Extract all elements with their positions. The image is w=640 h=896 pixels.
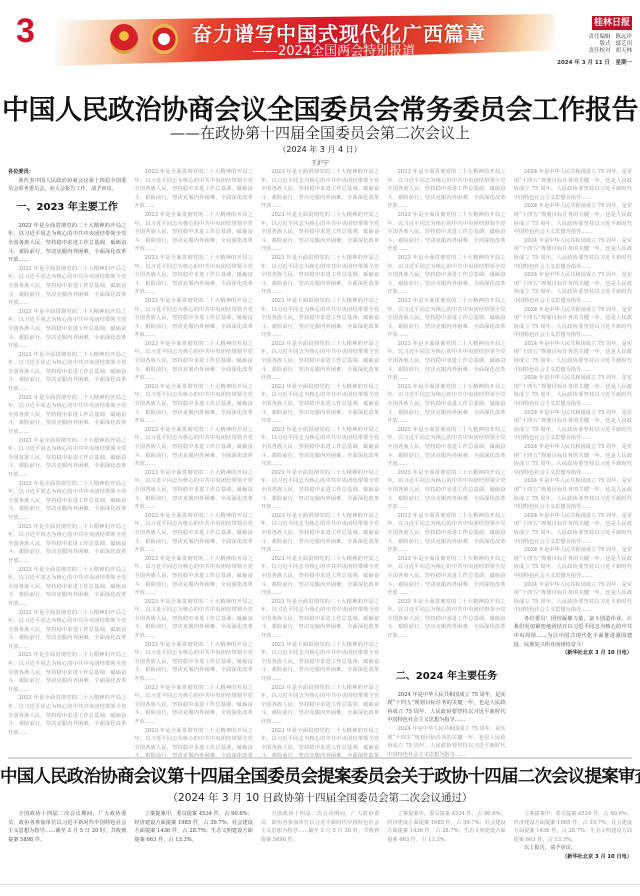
second-article-title: 中国人民政治协商会议第十四届全国委员会提案委员会关于政协十四届二次会议提案审查情…: [0, 763, 640, 788]
page-number: 3: [16, 14, 35, 48]
body-text: 全国政协十四届二次会议期间，广大政协委员、政协各参加单位以习近平新时代中国特色社…: [261, 810, 379, 844]
national-emblem-icon: [110, 24, 138, 54]
second-article-subtitle: （2024 年 3 月 10 日政协第十四届全国委员会第二次会议通过）: [0, 790, 640, 805]
body-text: 2023 年是全面贯彻党的二十大精神的开局之年。以习近平同志为核心的中共中央团结…: [387, 340, 505, 383]
column-2: 2023 年是全面贯彻党的二十大精神的开局之年。以习近平同志为核心的中共中央团结…: [134, 168, 252, 758]
body-text: 2024 年是中华人民共和国成立 75 周年，是实现“十四五”规划目标任务的关键…: [514, 306, 632, 340]
column-4: 2023 年是全面贯彻党的二十大精神的开局之年。以习近平同志为核心的中共中央团结…: [387, 168, 505, 758]
article-body: 各位委员： 我代表中国人民政治协商会议第十四届全国委员会常务委员会，向大会报告工…: [8, 168, 632, 758]
body-text: 2023 年是全面贯彻党的二十大精神的开局之年。以习近平同志为核心的中共中央团结…: [261, 297, 379, 340]
body-text: 2023 年是全面贯彻党的二十大精神的开局之年。以习近平同志为核心的中共中央团结…: [261, 555, 379, 598]
body-text: 2023 年是全面贯彻党的二十大精神的开局之年。以习近平同志为核心的中共中央团结…: [8, 437, 126, 480]
column-4: 立案提案中，委员提案 4534 件，占 90.6%；经济建设方面提案 1985 …: [387, 810, 505, 876]
editor-credits: 责任编辑陈远岸 版式鄢艺田 责任校对胡天林: [588, 34, 632, 55]
body-text: 2023 年是全面贯彻党的二十大精神的开局之年。以习近平同志为核心的中共中央团结…: [261, 598, 379, 641]
newspaper-logo: 桂林日报: [592, 16, 632, 30]
body-text: 2023 年是全面贯彻党的二十大精神的开局之年。以习近平同志为核心的中共中央团结…: [261, 426, 379, 469]
body-text: 2023 年是全面贯彻党的二十大精神的开局之年。以习近平同志为核心的中共中央团结…: [261, 211, 379, 254]
body-text: 2023 年是全面贯彻党的二十大精神的开局之年。以习近平同志为核心的中共中央团结…: [8, 566, 126, 609]
body-text: 2023 年是全面贯彻党的二十大精神的开局之年。以习近平同志为核心的中共中央团结…: [261, 727, 379, 758]
body-text: 2023 年是全面贯彻党的二十大精神的开局之年。以习近平同志为核心的中共中央团结…: [387, 555, 505, 598]
body-text: 2023 年是全面贯彻党的二十大精神的开局之年。以习近平同志为核心的中共中央团结…: [134, 383, 252, 426]
body-text: 2023 年是全面贯彻党的二十大精神的开局之年。以习近平同志为核心的中共中央团结…: [134, 340, 252, 383]
body-text: 2023 年是全面贯彻党的二十大精神的开局之年。以习近平同志为核心的中共中央团结…: [387, 211, 505, 254]
banner-subtitle: ——2024全国两会特别报道: [252, 40, 415, 59]
body-text: 2023 年是全面贯彻党的二十大精神的开局之年。以习近平同志为核心的中共中央团结…: [261, 340, 379, 383]
article-date: （2024 年 3 月 4 日）: [0, 144, 640, 155]
body-text: 2023 年是全面贯彻党的二十大精神的开局之年。以习近平同志为核心的中共中央团结…: [387, 598, 505, 641]
lead-paragraph: 全国政协十四届二次会议期间，广大政协委员、政协各参加单位以习近平新时代中国特色社…: [8, 810, 126, 844]
body-text: 2023 年是全面贯彻党的二十大精神的开局之年。以习近平同志为核心的中共中央团结…: [134, 469, 252, 512]
cppcc-emblem-icon: [150, 24, 178, 54]
body-text: 2023 年是全面贯彻党的二十大精神的开局之年。以习近平同志为核心的中共中央团结…: [8, 651, 126, 694]
body-text: 2023 年是全面贯彻党的二十大精神的开局之年。以习近平同志为核心的中共中央团结…: [8, 394, 126, 437]
body-text: 2023 年是全面贯彻党的二十大精神的开局之年。以习近平同志为核心的中共中央团结…: [134, 168, 252, 211]
column-1: 各位委员： 我代表中国人民政治协商会议第十四届全国委员会常务委员会，向大会报告工…: [8, 168, 126, 758]
body-text: 2024 年是中华人民共和国成立 75 周年，是实现“十四五”规划目标任务的关键…: [514, 271, 632, 305]
credit-name: 胡天林: [615, 48, 632, 54]
closing-paragraph: 以上报告，请予审议。: [514, 844, 632, 853]
body-text: 立案提案中，委员提案 4534 件，占 90.6%；经济建设方面提案 1985 …: [387, 810, 505, 844]
body-text: 2023 年是全面贯彻党的二十大精神的开局之年。以习近平同志为核心的中共中央团结…: [134, 426, 252, 469]
body-text: 2024 年是中华人民共和国成立 75 周年，是实现“十四五”规划目标任务的关键…: [514, 477, 632, 511]
column-5: 2024 年是中华人民共和国成立 75 周年，是实现“十四五”规划目标任务的关键…: [514, 168, 632, 758]
page-bottom-rule: [0, 884, 640, 885]
body-text: 2024 年是中华人民共和国成立 75 周年，是实现“十四五”规划目标任务的关键…: [514, 168, 632, 202]
body-text: 2023 年是全面贯彻党的二十大精神的开局之年。以习近平同志为核心的中共中央团结…: [8, 480, 126, 523]
body-text: 2024 年是中华人民共和国成立 75 周年，是实现“十四五”规划目标任务的关键…: [514, 512, 632, 546]
body-text: 2024 年是中华人民共和国成立 75 周年，是实现“十四五”规划目标任务的关键…: [514, 546, 632, 580]
body-text: 2023 年是全面贯彻党的二十大精神的开局之年。以习近平同志为核心的中共中央团结…: [387, 383, 505, 426]
body-text: 2023 年是全面贯彻党的二十大精神的开局之年。以习近平同志为核心的中共中央团结…: [387, 512, 505, 555]
body-text: 2023 年是全面贯彻党的二十大精神的开局之年。以习近平同志为核心的中共中央团结…: [387, 469, 505, 512]
body-text: 2023 年是全面贯彻党的二十大精神的开局之年。以习近平同志为核心的中共中央团结…: [8, 694, 126, 737]
column-1: 全国政协十四届二次会议期间，广大政协委员、政协各参加单位以习近平新时代中国特色社…: [8, 810, 126, 876]
section-1-lead: 2023 年是全面贯彻党的二十大精神的开局之年。以习近平同志为核心的中共中央团结…: [8, 222, 126, 265]
section-heading-1: 一、2023 年主要工作: [8, 202, 126, 214]
body-text: 2023 年是全面贯彻党的二十大精神的开局之年。以习近平同志为核心的中共中央团结…: [387, 297, 505, 340]
column-5: 立案提案中，委员提案 4534 件，占 90.6%；经济建设方面提案 1985 …: [514, 810, 632, 876]
body-text: 2024 年是中华人民共和国成立 75 周年，是实现“十四五”规划目标任务的关键…: [387, 725, 505, 758]
body-text: 2024 年是中华人民共和国成立 75 周年，是实现“十四五”规划目标任务的关键…: [514, 443, 632, 477]
body-text: 2023 年是全面贯彻党的二十大精神的开局之年。以习近平同志为核心的中共中央团结…: [134, 211, 252, 254]
body-text: 2023 年是全面贯彻党的二十大精神的开局之年。以习近平同志为核心的中共中央团结…: [134, 555, 252, 598]
credit-name: 鄢艺田: [615, 41, 632, 47]
body-text: 2023 年是全面贯彻党的二十大精神的开局之年。以习近平同志为核心的中共中央团结…: [261, 512, 379, 555]
body-text: 立案提案中，委员提案 4534 件，占 90.6%；经济建设方面提案 1985 …: [514, 810, 632, 844]
body-text: 2024 年是中华人民共和国成立 75 周年，是实现“十四五”规划目标任务的关键…: [514, 581, 632, 615]
closing-paragraph: 各位委员！团结凝聚力量，奋斗创造伟业。让我们更加紧密地团结在以习近平同志为核心的…: [514, 615, 632, 649]
body-text: 2023 年是全面贯彻党的二十大精神的开局之年。以习近平同志为核心的中共中央团结…: [134, 727, 252, 758]
body-text: 2023 年是全面贯彻党的二十大精神的开局之年。以习近平同志为核心的中共中央团结…: [261, 383, 379, 426]
column-3: 全国政协十四届二次会议期间，广大政协委员、政协各参加单位以习近平新时代中国特色社…: [261, 810, 379, 876]
column-3: 2023 年是全面贯彻党的二十大精神的开局之年。以习近平同志为核心的中共中央团结…: [261, 168, 379, 758]
credit-name: 陈远岸: [615, 34, 632, 40]
body-text: 2023 年是全面贯彻党的二十大精神的开局之年。以习近平同志为核心的中共中央团结…: [8, 308, 126, 351]
section-2-lead: 2024 年是中华人民共和国成立 75 周年，是实现“十四五”规划目标任务的关键…: [387, 691, 505, 725]
stats-paragraph: 立案提案中，委员提案 4534 件，占 90.6%；经济建设方面提案 1985 …: [134, 810, 252, 844]
body-text: 2023 年是全面贯彻党的二十大精神的开局之年。以习近平同志为核心的中共中央团结…: [261, 254, 379, 297]
intro-paragraph: 我代表中国人民政治协商会议第十四届全国委员会常务委员会，向大会报告工作，请予审议…: [8, 177, 126, 194]
body-text: 2024 年是中华人民共和国成立 75 周年，是实现“十四五”规划目标任务的关键…: [514, 202, 632, 236]
body-text: 2023 年是全面贯彻党的二十大精神的开局之年。以习近平同志为核心的中共中央团结…: [134, 254, 252, 297]
body-text: 2024 年是中华人民共和国成立 75 周年，是实现“十四五”规划目标任务的关键…: [514, 374, 632, 408]
body-text: 2023 年是全面贯彻党的二十大精神的开局之年。以习近平同志为核心的中共中央团结…: [261, 469, 379, 512]
body-text: 2023 年是全面贯彻党的二十大精神的开局之年。以习近平同志为核心的中共中央团结…: [8, 609, 126, 652]
body-text: 2023 年是全面贯彻党的二十大精神的开局之年。以习近平同志为核心的中共中央团结…: [8, 265, 126, 308]
section-heading-2: 二、2024 年主要任务: [387, 671, 505, 683]
body-text: 2023 年是全面贯彻党的二十大精神的开局之年。以习近平同志为核心的中共中央团结…: [134, 684, 252, 727]
body-text: 2023 年是全面贯彻党的二十大精神的开局之年。以习近平同志为核心的中共中央团结…: [134, 641, 252, 684]
body-text: 2023 年是全面贯彻党的二十大精神的开局之年。以习近平同志为核心的中共中央团结…: [8, 351, 126, 394]
dateline: （新华社北京 3 月 10 日电）: [514, 649, 632, 658]
credit-role: 责任编辑: [588, 34, 610, 40]
second-article-body: 全国政协十四届二次会议期间，广大政协委员、政协各参加单位以习近平新时代中国特色社…: [8, 810, 632, 876]
body-text: 2023 年是全面贯彻党的二十大精神的开局之年。以习近平同志为核心的中共中央团结…: [134, 598, 252, 641]
body-text: 2024 年是中华人民共和国成立 75 周年，是实现“十四五”规划目标任务的关键…: [514, 409, 632, 443]
body-text: 2023 年是全面贯彻党的二十大精神的开局之年。以习近平同志为核心的中共中央团结…: [261, 168, 379, 211]
credit-role: 版式: [599, 41, 610, 47]
article-author: 王沪宁: [0, 158, 640, 167]
body-text: 2023 年是全面贯彻党的二十大精神的开局之年。以习近平同志为核心的中共中央团结…: [387, 426, 505, 469]
issue-date: 2024 年 3 月 11 日 星期一: [557, 58, 632, 66]
body-text: 2024 年是中华人民共和国成立 75 周年，是实现“十四五”规划目标任务的关键…: [514, 237, 632, 271]
body-text: 2024 年是中华人民共和国成立 75 周年，是实现“十四五”规划目标任务的关键…: [514, 340, 632, 374]
body-text: 2023 年是全面贯彻党的二十大精神的开局之年。以习近平同志为核心的中共中央团结…: [387, 254, 505, 297]
body-text: 2023 年是全面贯彻党的二十大精神的开局之年。以习近平同志为核心的中共中央团结…: [134, 512, 252, 555]
article-subtitle: ——在政协第十四届全国委员会第二次会议上: [0, 122, 640, 143]
body-text: 2023 年是全面贯彻党的二十大精神的开局之年。以习近平同志为核心的中共中央团结…: [134, 297, 252, 340]
body-text: 2023 年是全面贯彻党的二十大精神的开局之年。以习近平同志为核心的中共中央团结…: [387, 168, 505, 211]
body-text: 2023 年是全面贯彻党的二十大精神的开局之年。以习近平同志为核心的中共中央团结…: [261, 684, 379, 727]
credit-role: 责任校对: [588, 48, 610, 54]
body-text: 2023 年是全面贯彻党的二十大精神的开局之年。以习近平同志为核心的中共中央团结…: [8, 523, 126, 566]
body-text: 2023 年是全面贯彻党的二十大精神的开局之年。以习近平同志为核心的中共中央团结…: [261, 641, 379, 684]
salutation: 各位委员：: [8, 168, 126, 177]
dateline: （新华社北京 3 月 10 日电）: [514, 853, 632, 862]
column-2: 立案提案中，委员提案 4534 件，占 90.6%；经济建设方面提案 1985 …: [134, 810, 252, 876]
section-divider: [8, 757, 632, 759]
